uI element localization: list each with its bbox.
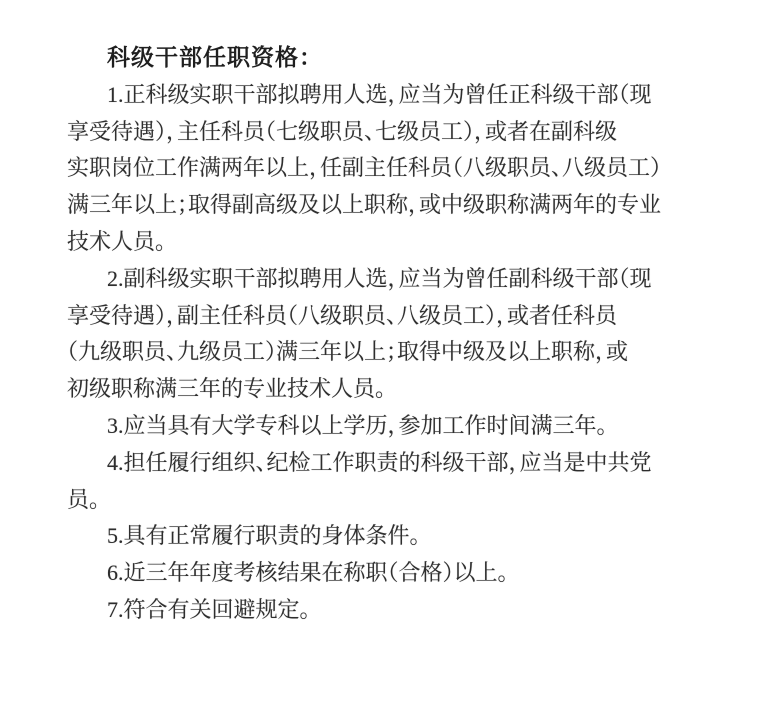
paragraph-first-line: 2.副科级实职干部拟聘用人选，应当为曾任副科级干部（现 xyxy=(67,261,717,298)
paragraph-first-line: 5.具有正常履行职责的身体条件。 xyxy=(67,518,717,555)
paragraph: 1.正科级实职干部拟聘用人选，应当为曾任正科级干部（现享受待遇），主任科员（七级… xyxy=(67,77,717,261)
text-line: 技术人员。 xyxy=(67,224,717,261)
paragraph: 2.副科级实职干部拟聘用人选，应当为曾任副科级干部（现享受待遇），副主任科员（八… xyxy=(67,261,717,408)
document-page: 科级干部任职资格： 1.正科级实职干部拟聘用人选，应当为曾任正科级干部（现享受待… xyxy=(0,0,757,716)
paragraph-first-line: 4.担任履行组织、纪检工作职责的科级干部，应当是中共党 xyxy=(67,445,717,482)
text-line: 员。 xyxy=(67,482,717,519)
paragraph-first-line: 6.近三年年度考核结果在称职（合格）以上。 xyxy=(67,555,717,592)
text-line: （九级职员、九级员工）满三年以上；取得中级及以上职称，或 xyxy=(67,334,717,371)
paragraph-first-line: 7.符合有关回避规定。 xyxy=(67,592,717,629)
paragraph: 7.符合有关回避规定。 xyxy=(67,592,717,629)
paragraph: 3.应当具有大学专科以上学历，参加工作时间满三年。 xyxy=(67,408,717,445)
text-line: 实职岗位工作满两年以上，任副主任科员（八级职员、八级员工） xyxy=(67,150,717,187)
text-line: 初级职称满三年的专业技术人员。 xyxy=(67,371,717,408)
paragraph-first-line: 3.应当具有大学专科以上学历，参加工作时间满三年。 xyxy=(67,408,717,445)
document-body: 1.正科级实职干部拟聘用人选，应当为曾任正科级干部（现享受待遇），主任科员（七级… xyxy=(67,77,717,629)
document-title: 科级干部任职资格： xyxy=(67,40,717,77)
text-line: 享受待遇），主任科员（七级职员、七级员工），或者在副科级 xyxy=(67,114,717,151)
paragraph-first-line: 1.正科级实职干部拟聘用人选，应当为曾任正科级干部（现 xyxy=(67,77,717,114)
paragraph: 6.近三年年度考核结果在称职（合格）以上。 xyxy=(67,555,717,592)
paragraph: 4.担任履行组织、纪检工作职责的科级干部，应当是中共党员。 xyxy=(67,445,717,519)
text-line: 满三年以上；取得副高级及以上职称，或中级职称满两年的专业 xyxy=(67,187,717,224)
text-line: 享受待遇），副主任科员（八级职员、八级员工），或者任科员 xyxy=(67,298,717,335)
paragraph: 5.具有正常履行职责的身体条件。 xyxy=(67,518,717,555)
